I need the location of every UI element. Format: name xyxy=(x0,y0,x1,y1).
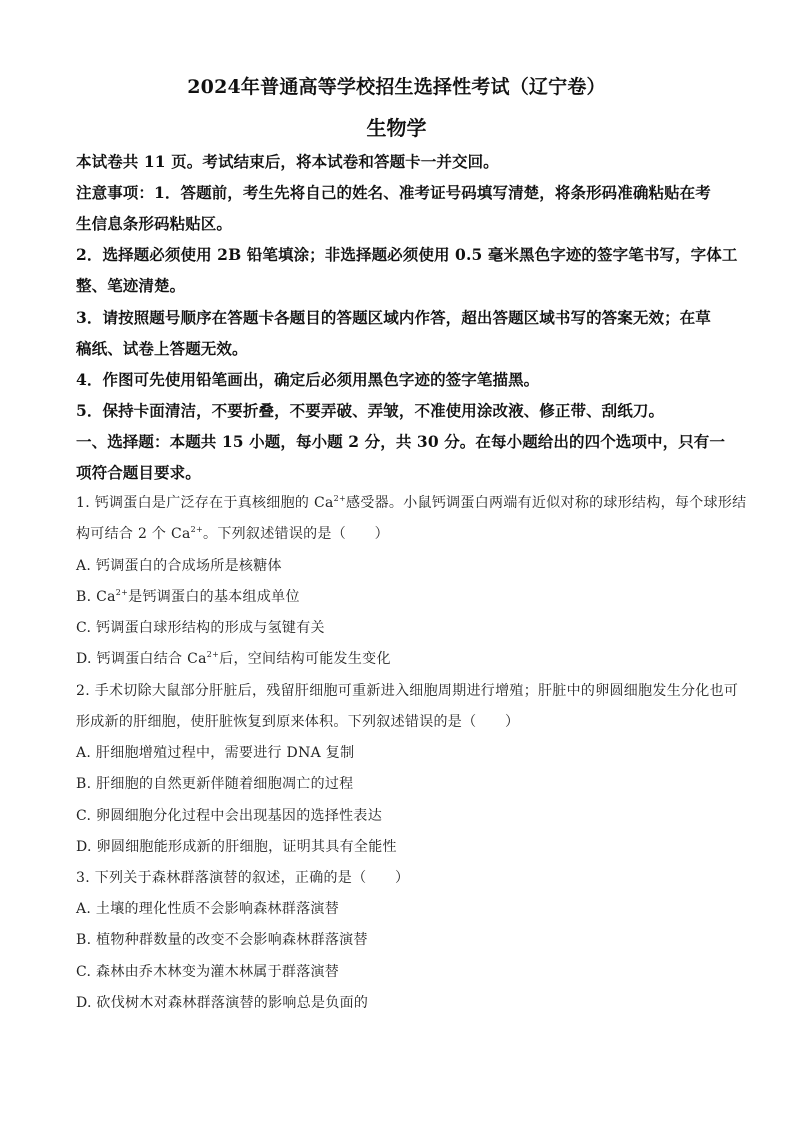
question-2-option-b: B. 肝细胞的自然更新伴随着细胞凋亡的过程 xyxy=(76,773,726,793)
exam-title: 2024年普通高等学校招生选择性考试（辽宁卷） xyxy=(0,72,793,99)
question-1-stem-line-1: 1. 钙调蛋白是广泛存在于真核细胞的 Ca2+感受器。小鼠钙调蛋白两端有近似对称… xyxy=(76,492,726,512)
q1-stem-text: 。下列叙述错误的是（ ） xyxy=(203,526,389,542)
note-2-line-1: 2．选择题必须使用 2B 铅笔填涂；非选择题必须使用 0.5 毫米黑色字迹的签字… xyxy=(76,243,726,265)
option-text: 后，空间结构可能发生变化 xyxy=(219,651,391,667)
note-5: 5．保持卡面清洁，不要折叠，不要弄破、弄皱，不准使用涂改液、修正带、刮纸刀。 xyxy=(76,399,726,421)
question-2-option-a: A. 肝细胞增殖过程中，需要进行 DNA 复制 xyxy=(76,742,726,762)
option-text: B. Ca xyxy=(76,589,116,605)
section-heading-line-2: 项符合题目要求。 xyxy=(76,461,726,483)
question-1-option-a: A. 钙调蛋白的合成场所是核糖体 xyxy=(76,555,726,575)
q1-stem-text: 1. 钙调蛋白是广泛存在于真核细胞的 Ca xyxy=(76,495,334,511)
question-2-stem-line-2: 形成新的肝细胞，使肝脏恢复到原来体积。下列叙述错误的是（ ） xyxy=(76,711,726,731)
question-1-option-c: C. 钙调蛋白球形结构的形成与氢键有关 xyxy=(76,617,726,637)
note-1-line-2: 生信息条形码粘贴区。 xyxy=(76,212,726,234)
question-1-option-b: B. Ca2+是钙调蛋白的基本组成单位 xyxy=(76,586,726,606)
question-3-option-b: B. 植物种群数量的改变不会影响森林群落演替 xyxy=(76,929,726,949)
note-4: 4．作图可先使用铅笔画出，确定后必须用黑色字迹的签字笔描黑。 xyxy=(76,368,726,390)
q1-stem-text: 感受器。小鼠钙调蛋白两端有近似对称的球形结构，每个球形结 xyxy=(346,495,746,511)
question-3-stem-line-1: 3. 下列关于森林群落演替的叙述，正确的是（ ） xyxy=(76,867,726,887)
q1-stem-text: 构可结合 2 个 Ca xyxy=(76,526,191,542)
intro-text: 本试卷共 11 页。考试结束后，将本试卷和答题卡一并交回。 xyxy=(76,150,726,172)
superscript: 2+ xyxy=(116,588,128,597)
question-2-option-d: D. 卵圆细胞能形成新的肝细胞，证明其具有全能性 xyxy=(76,836,726,856)
question-2-option-c: C. 卵圆细胞分化过程中会出现基因的选择性表达 xyxy=(76,805,726,825)
option-text: D. 钙调蛋白结合 Ca xyxy=(76,651,207,667)
note-2-line-2: 整、笔迹清楚。 xyxy=(76,274,726,296)
question-2-stem-line-1: 2. 手术切除大鼠部分肝脏后，残留肝细胞可重新进入细胞周期进行增殖；肝脏中的卵圆… xyxy=(76,680,726,700)
exam-page: 2024年普通高等学校招生选择性考试（辽宁卷） 生物学 本试卷共 11 页。考试… xyxy=(0,0,793,1122)
question-3-option-a: A. 土壤的理化性质不会影响森林群落演替 xyxy=(76,898,726,918)
question-3-option-d: D. 砍伐树木对森林群落演替的影响总是负面的 xyxy=(76,992,726,1012)
superscript: 2+ xyxy=(191,525,203,534)
superscript: 2+ xyxy=(334,494,346,503)
note-3-line-1: 3．请按照题号顺序在答题卡各题目的答题区域内作答，超出答题区域书写的答案无效；在… xyxy=(76,306,726,328)
question-1-stem-line-2: 构可结合 2 个 Ca2+。下列叙述错误的是（ ） xyxy=(76,523,726,543)
question-3-option-c: C. 森林由乔木林变为灌木林属于群落演替 xyxy=(76,961,726,981)
subject-title: 生物学 xyxy=(0,112,793,141)
option-text: 是钙调蛋白的基本组成单位 xyxy=(128,589,300,605)
note-1-line-1: 注意事项：1．答题前，考生先将自己的姓名、准考证号码填写清楚，将条形码准确粘贴在… xyxy=(76,181,726,203)
superscript: 2+ xyxy=(207,650,219,659)
section-heading-line-1: 一、选择题：本题共 15 小题，每小题 2 分，共 30 分。在每小题给出的四个… xyxy=(76,430,726,452)
question-1-option-d: D. 钙调蛋白结合 Ca2+后，空间结构可能发生变化 xyxy=(76,648,726,668)
note-3-line-2: 稿纸、试卷上答题无效。 xyxy=(76,337,726,359)
